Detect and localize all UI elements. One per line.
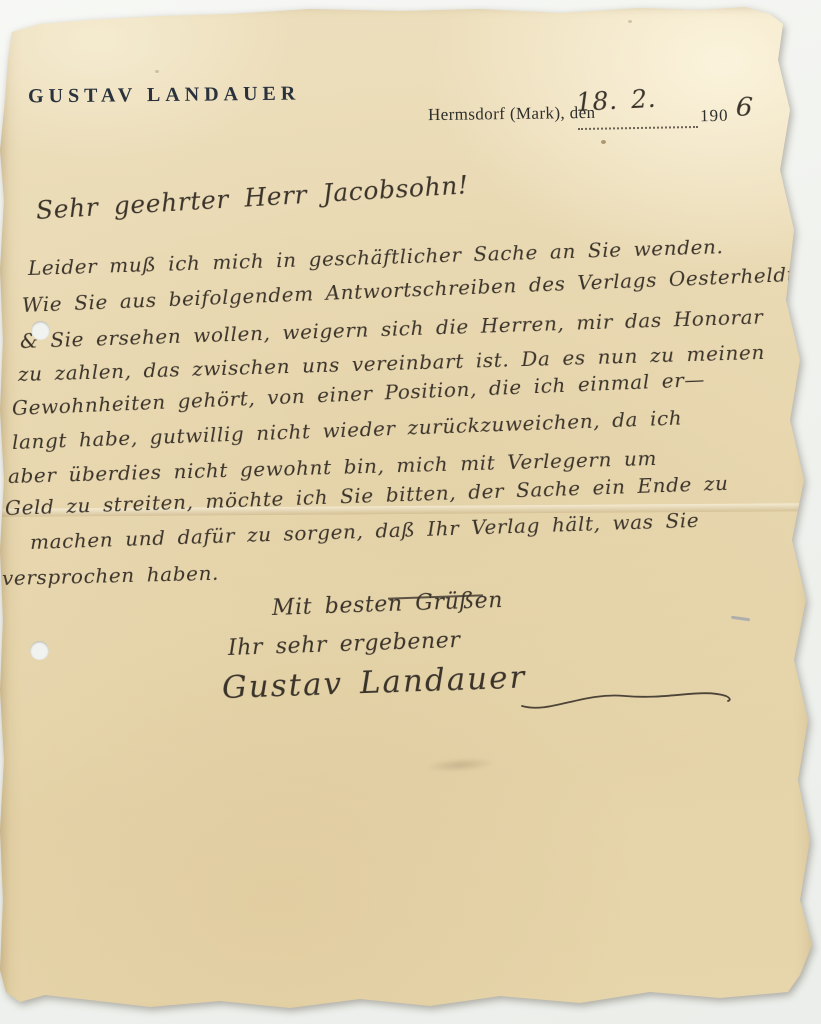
scanned-letter-page: GUSTAV LANDAUER Hermsdorf (Mark), den 18…: [0, 0, 821, 1024]
pencil-smudge: [425, 756, 496, 775]
letterhead-name: GUSTAV LANDAUER: [28, 83, 300, 109]
salutation-line: Sehr geehrter Herr Jacobsohn!: [35, 170, 469, 225]
paper-speck: [155, 70, 159, 73]
dateline-printed-prefix: Hermsdorf (Mark), den: [428, 103, 596, 125]
letter-paper: GUSTAV LANDAUER Hermsdorf (Mark), den 18…: [0, 0, 821, 1024]
dateline-printed-year: 190: [700, 106, 729, 126]
dateline-handwritten-day-month: 18. 2.: [575, 84, 657, 117]
closing-line-greeting: Mit besten Grüßen: [272, 588, 504, 621]
pencil-dash-mark: [731, 616, 750, 622]
closing-line-valediction: Ihr sehr ergebener: [228, 628, 461, 661]
signature-gustav-landauer: Gustav Landauer: [221, 659, 527, 706]
dateline-dotted-rule: [578, 124, 698, 130]
paper-speck: [601, 140, 606, 144]
handwritten-line: versprochen haben.: [2, 561, 220, 590]
punch-hole-top: [31, 321, 50, 340]
punch-hole-bottom: [30, 641, 49, 660]
paper-shadow-wrap: GUSTAV LANDAUER Hermsdorf (Mark), den 18…: [0, 0, 821, 1024]
signature-flourish: [520, 686, 735, 716]
dateline-handwritten-year-digit: 6: [735, 92, 754, 123]
paper-speck: [628, 20, 632, 23]
